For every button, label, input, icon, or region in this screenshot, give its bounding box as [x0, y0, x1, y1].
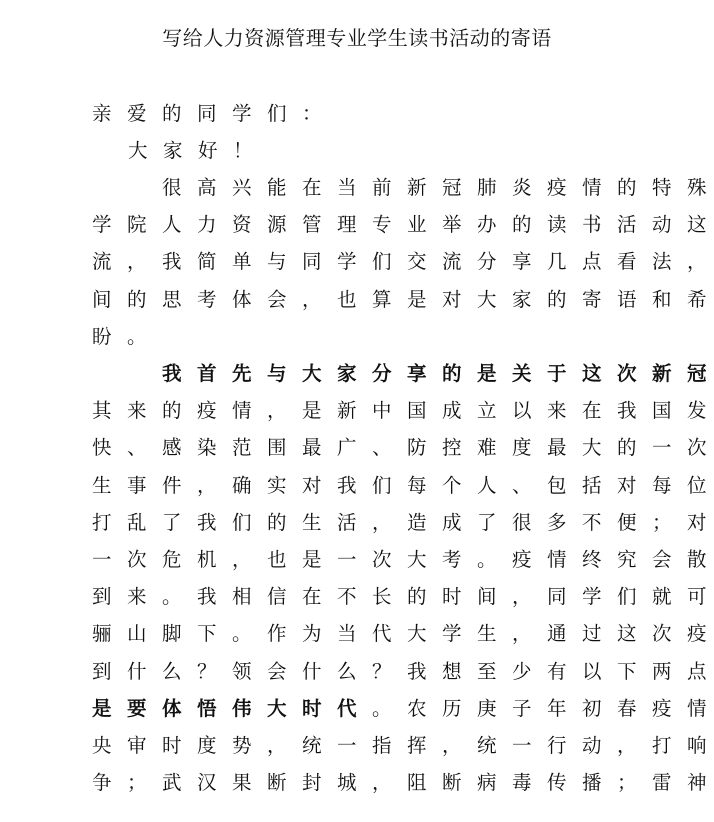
salutation: 亲爱的同学们： [92, 96, 337, 132]
body-text: 到来。我相信在不长的时间，同学们就可以相会在美丽的 [92, 585, 714, 608]
greeting: 大家好！ [128, 133, 268, 169]
paragraph-line: 快、感染范围最广、防控难度最大的一次重大突发公共卫 [92, 430, 714, 466]
body-text: 到什么？领会什么？我想至少有以下两点值得铭记。 [92, 660, 714, 683]
body-text: 争；武汉果断封城，阻断病毒传播；雷神山火神山医院数 [92, 771, 714, 794]
body-text: 快、感染范围最广、防控难度最大的一次重大突发公共卫 [92, 436, 714, 459]
paragraph-line: 生事件，确实对我们每个人、包括对每位同学来讲，疫情 [92, 468, 714, 504]
paragraph-line: 间的思考体会，也算是对大家的寄语和希望、祝福和期 [92, 282, 714, 318]
body-text: 骊山脚下。作为当代大学生，通过这次疫情，我们应该学 [92, 622, 714, 645]
paragraph-line: 我首先与大家分享的是关于这次新冠疫情。这次突然 [92, 356, 714, 392]
paragraph-line: 很高兴能在当前新冠肺炎疫情的特殊时期，通过管理 [92, 170, 714, 206]
body-text: 。农历庚子年初春疫情爆发以来，党中 [372, 697, 714, 720]
paragraph-line: 其来的疫情，是新中国成立以来在我国发生的传播速度最 [92, 393, 714, 429]
body-text: 学院人力资源管理专业举办的读书活动这个机会跟大家交 [92, 213, 714, 236]
document-title: 写给人力资源管理专业学生读书活动的寄语 [0, 22, 714, 51]
paragraph-line: 盼。 [92, 319, 162, 355]
paragraph-line: 一次危机，也是一次大考。疫情终究会散去，春天一定会 [92, 542, 714, 578]
paragraph-line: 央审时度势，统一指挥，统一行动，打响疫情防控人民战 [92, 728, 714, 764]
paragraph-line: 骊山脚下。作为当代大学生，通过这次疫情，我们应该学 [92, 616, 714, 652]
bold-text: 我首先与大家分享的是关于这次新冠疫情 [92, 362, 714, 385]
body-text: 央审时度势，统一指挥，统一行动，打响疫情防控人民战 [92, 734, 714, 757]
paragraph-line: 打乱了我们的生活，造成了很多不便；对社会来说，既是 [92, 505, 714, 541]
paragraph-line: 到来。我相信在不长的时间，同学们就可以相会在美丽的 [92, 579, 714, 615]
paragraph-line: 学院人力资源管理专业举办的读书活动这个机会跟大家交 [92, 207, 714, 243]
paragraph-line: 流，我简单与同学们交流分享几点看法，既是自己这段时 [92, 244, 714, 280]
body-text: 打乱了我们的生活，造成了很多不便；对社会来说，既是 [92, 511, 714, 534]
paragraph-line: 是要体悟伟大时代。农历庚子年初春疫情爆发以来，党中 [92, 691, 714, 727]
body-text: 间的思考体会，也算是对大家的寄语和希望、祝福和期 [92, 288, 714, 311]
paragraph-line: 争；武汉果断封城，阻断病毒传播；雷神山火神山医院数 [92, 765, 714, 801]
body-text: 流，我简单与同学们交流分享几点看法，既是自己这段时 [92, 250, 714, 273]
body-text: 其来的疫情，是新中国成立以来在我国发生的传播速度最 [92, 399, 714, 422]
body-text: 很高兴能在当前新冠肺炎疫情的特殊时期，通过管理 [92, 176, 714, 199]
body-text: 生事件，确实对我们每个人、包括对每位同学来讲，疫情 [92, 474, 714, 497]
bold-text: 是要体悟伟大时代 [92, 697, 372, 720]
body-text: 一次危机，也是一次大考。疫情终究会散去，春天一定会 [92, 548, 714, 571]
paragraph-line: 到什么？领会什么？我想至少有以下两点值得铭记。一个 [92, 654, 714, 690]
body-text: 盼。 [92, 325, 162, 348]
